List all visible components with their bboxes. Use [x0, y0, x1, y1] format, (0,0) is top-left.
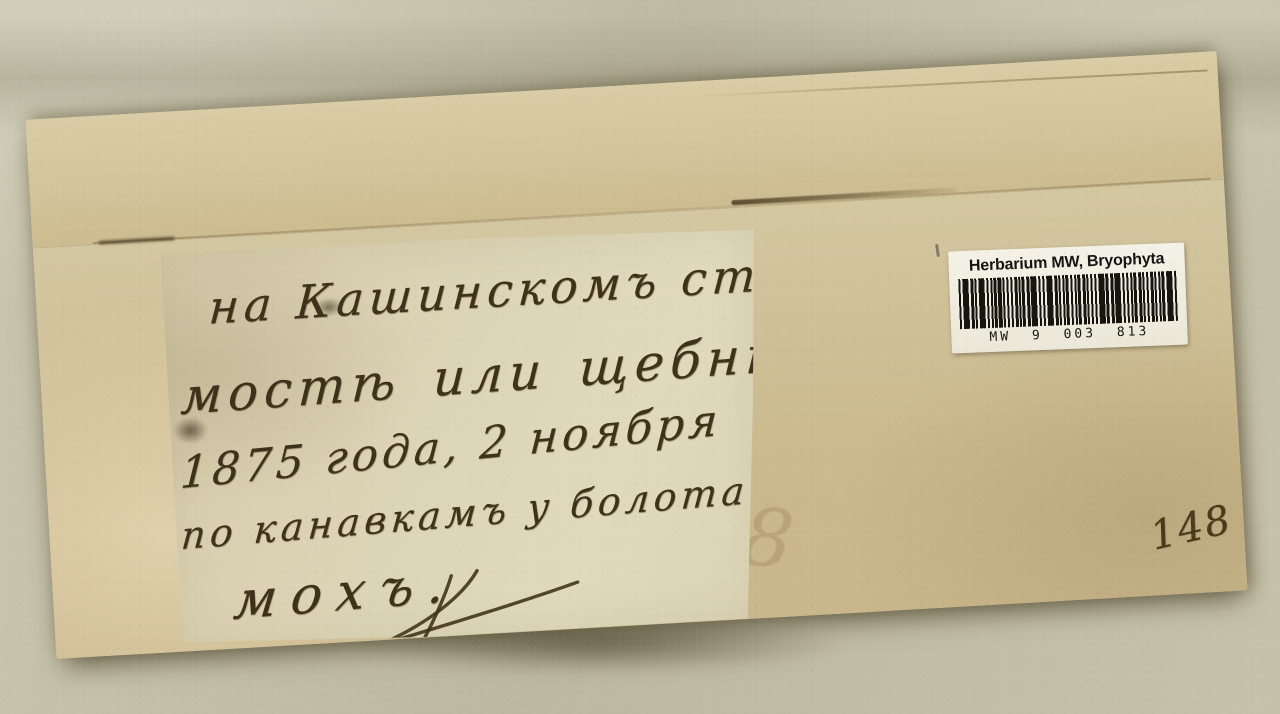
- barcode: [958, 271, 1178, 329]
- handwriting-line-1: на Кашинскомъ ст.: [207, 246, 782, 334]
- herbarium-packet-photo: 8 148 на Кашинскомъ ст. мостѣ или щебнѣ …: [0, 0, 1280, 714]
- barcode-label: Herbarium MW, Bryophyta MW 9 003 813: [948, 243, 1188, 354]
- handwritten-collection-label: на Кашинскомъ ст. мостѣ или щебнѣ 1875 г…: [160, 226, 771, 649]
